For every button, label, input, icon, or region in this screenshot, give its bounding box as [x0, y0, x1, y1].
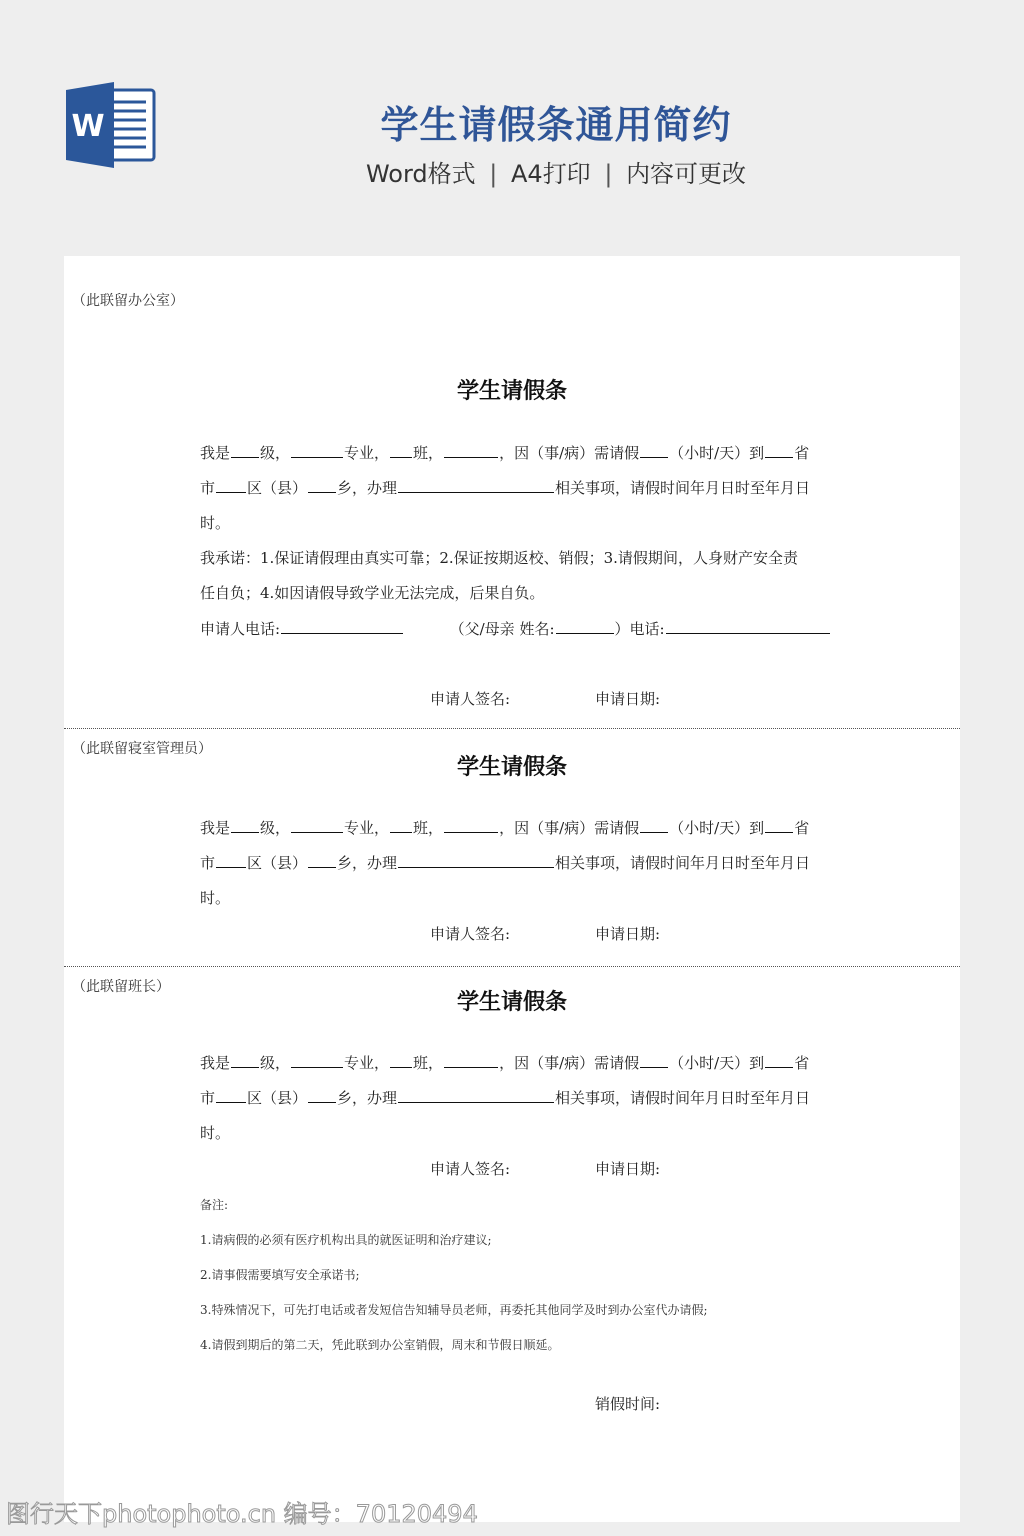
slip-title: 学生请假条	[64, 374, 960, 405]
class-blank[interactable]	[390, 818, 412, 833]
separator: |	[489, 160, 497, 188]
separator: |	[604, 160, 612, 188]
duration-blank[interactable]	[640, 818, 668, 833]
svg-text:W: W	[71, 109, 104, 144]
note-item: 1.请病假的必须有医疗机构出具的就医证明和治疗建议;	[200, 1231, 492, 1248]
class-blank[interactable]	[390, 443, 412, 458]
date-label: 申请日期:	[595, 688, 660, 709]
matter-blank[interactable]	[398, 1088, 554, 1103]
form-line-3: 时。	[200, 887, 230, 908]
town-blank[interactable]	[308, 478, 336, 493]
major-blank[interactable]	[291, 1053, 343, 1068]
signature-label: 申请人签名:	[430, 688, 510, 709]
parent-name-blank[interactable]	[556, 619, 614, 634]
town-blank[interactable]	[308, 1088, 336, 1103]
applicant-phone-blank[interactable]	[281, 619, 403, 634]
subtitle-format: Word格式	[366, 160, 476, 188]
cut-line	[64, 728, 960, 729]
province-blank[interactable]	[765, 443, 793, 458]
form-line-2: 市区（县）乡，办理相关事项，请假时间年月日时至年月日	[200, 852, 810, 873]
matter-blank[interactable]	[398, 853, 554, 868]
header-banner: W 学生请假条通用简约 Word格式 | A4打印 | 内容可更改	[0, 0, 1024, 256]
slip-title: 学生请假条	[64, 985, 960, 1016]
town-blank[interactable]	[308, 853, 336, 868]
copy-label: （此联留办公室）	[72, 290, 184, 310]
major-blank[interactable]	[291, 443, 343, 458]
pledge-line-1: 我承诺：1.保证请假理由真实可靠；2.保证按期返校、销假；3.请假期间，人身财产…	[200, 547, 798, 568]
note-item: 2.请事假需要填写安全承诺书;	[200, 1266, 360, 1283]
duration-blank[interactable]	[640, 1053, 668, 1068]
date-label: 申请日期:	[595, 923, 660, 944]
subtitle-editable: 内容可更改	[626, 160, 746, 188]
signature-label: 申请人签名:	[430, 923, 510, 944]
form-line-1: 我是级，专业，班，，因（事/病）需请假（小时/天）到省	[200, 1052, 809, 1073]
form-line-3: 时。	[200, 1122, 230, 1143]
city-blank[interactable]	[216, 478, 246, 493]
name-blank[interactable]	[444, 1053, 498, 1068]
banner-title: 学生请假条通用简约	[300, 94, 812, 149]
form-line-1: 我是级，专业，班，，因（事/病）需请假（小时/天）到省	[200, 442, 809, 463]
city-blank[interactable]	[216, 1088, 246, 1103]
watermark: 图行天下photophoto.cn 编号：70120494	[6, 1494, 478, 1529]
date-label: 申请日期:	[595, 1158, 660, 1179]
province-blank[interactable]	[765, 1053, 793, 1068]
note-item: 3.特殊情况下，可先打电话或者发短信告知辅导员老师，再委托其他同学及时到办公室代…	[200, 1301, 708, 1318]
cancel-leave-time-label: 销假时间:	[595, 1393, 660, 1414]
major-blank[interactable]	[291, 818, 343, 833]
slip-title: 学生请假条	[64, 750, 960, 781]
subtitle-print: A4打印	[511, 160, 591, 188]
grade-blank[interactable]	[231, 818, 259, 833]
banner-subtitle: Word格式 | A4打印 | 内容可更改	[300, 154, 812, 189]
name-blank[interactable]	[444, 443, 498, 458]
phone-line: 申请人电话: （父/母亲 姓名:）电话:	[200, 618, 831, 639]
form-line-1: 我是级，专业，班，，因（事/病）需请假（小时/天）到省	[200, 817, 809, 838]
grade-blank[interactable]	[231, 1053, 259, 1068]
form-line-3: 时。	[200, 512, 230, 533]
class-blank[interactable]	[390, 1053, 412, 1068]
parent-phone-blank[interactable]	[666, 619, 830, 634]
note-item: 4.请假到期后的第二天，凭此联到办公室销假，周末和节假日顺延。	[200, 1336, 559, 1353]
word-icon: W	[64, 82, 156, 168]
grade-blank[interactable]	[231, 443, 259, 458]
form-line-2: 市区（县）乡，办理相关事项，请假时间年月日时至年月日	[200, 477, 810, 498]
duration-blank[interactable]	[640, 443, 668, 458]
matter-blank[interactable]	[398, 478, 554, 493]
cut-line	[64, 966, 960, 967]
form-line-2: 市区（县）乡，办理相关事项，请假时间年月日时至年月日	[200, 1087, 810, 1108]
name-blank[interactable]	[444, 818, 498, 833]
city-blank[interactable]	[216, 853, 246, 868]
document-page: （此联留办公室） 学生请假条 我是级，专业，班，，因（事/病）需请假（小时/天）…	[64, 256, 960, 1522]
pledge-line-2: 任自负；4.如因请假导致学业无法完成，后果自负。	[200, 582, 544, 603]
signature-label: 申请人签名:	[430, 1158, 510, 1179]
province-blank[interactable]	[765, 818, 793, 833]
notes-heading: 备注:	[200, 1196, 228, 1213]
